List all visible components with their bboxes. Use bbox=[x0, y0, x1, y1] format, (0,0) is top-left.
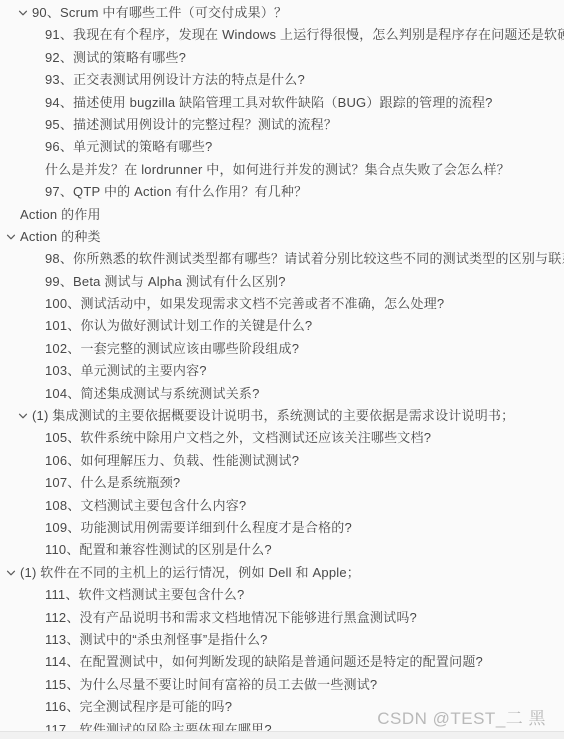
chevron-down-icon[interactable] bbox=[18, 405, 28, 427]
outline-item[interactable]: 102、一套完整的测试应该由哪些阶段组成? bbox=[0, 338, 564, 360]
outline-item[interactable]: 114、在配置测试中，如何判断发现的缺陷是普通问题还是特定的配置问题? bbox=[0, 651, 564, 673]
outline-item[interactable]: 115、为什么尽量不要让时间有富裕的员工去做一些测试? bbox=[0, 674, 564, 696]
outline-item[interactable]: 108、文档测试主要包含什么内容? bbox=[0, 495, 564, 517]
outline-item[interactable]: 103、单元测试的主要内容? bbox=[0, 360, 564, 382]
outline-item[interactable]: 92、测试的策略有哪些? bbox=[0, 47, 564, 69]
chevron-down-icon[interactable] bbox=[18, 2, 28, 24]
outline-item[interactable]: 99、Beta 测试与 Alpha 测试有什么区别? bbox=[0, 271, 564, 293]
outline-item-label: 104、简述集成测试与系统测试关系? bbox=[45, 386, 260, 401]
outline-item-label: 105、软件系统中除用户文档之外，文档测试还应该关注哪些文档? bbox=[45, 430, 431, 445]
outline-item-label: 97、QTP 中的 Action 有什么作用？有几种？ bbox=[45, 184, 307, 199]
outline-item[interactable]: 97、QTP 中的 Action 有什么作用？有几种？ bbox=[0, 181, 564, 203]
outline-item[interactable]: (1) 集成测试的主要依据概要设计说明书，系统测试的主要依据是需求设计说明书； bbox=[0, 405, 564, 427]
outline-item-label: 90、Scrum 中有哪些工件（可交付成果）？ bbox=[32, 5, 287, 20]
outline-item-label: 92、测试的策略有哪些? bbox=[45, 50, 186, 65]
outline-item-label: 91、我现在有个程序，发现在 Windows 上运行得很慢，怎么判别是程序存在问… bbox=[45, 27, 564, 42]
outline-item[interactable]: 101、你认为做好测试计划工作的关键是什么? bbox=[0, 315, 564, 337]
outline-item-label: (1) 集成测试的主要依据概要设计说明书，系统测试的主要依据是需求设计说明书； bbox=[32, 408, 514, 423]
outline-item[interactable]: 110、配置和兼容性测试的区别是什么? bbox=[0, 539, 564, 561]
outline-item[interactable]: 93、正交表测试用例设计方法的特点是什么? bbox=[0, 69, 564, 91]
outline-item-label: 94、描述使用 bugzilla 缺陷管理工具对软件缺陷（BUG）跟踪的管理的流… bbox=[45, 95, 493, 110]
outline-item[interactable]: Action 的作用 bbox=[0, 204, 564, 226]
outline-item[interactable]: 95、描述测试用例设计的完整过程？测试的流程？ bbox=[0, 114, 564, 136]
footer-strip bbox=[0, 732, 564, 739]
outline-item-label: 103、单元测试的主要内容? bbox=[45, 363, 207, 378]
outline-item-label: 96、单元测试的策略有哪些? bbox=[45, 139, 213, 154]
outline-item-label: 什么是并发？在 lordrunner 中，如何进行并发的测试？集合点失败了会怎么… bbox=[45, 162, 510, 177]
outline-item-label: 111、软件文档测试主要包含什么? bbox=[45, 587, 244, 602]
outline-item[interactable]: 98、你所熟悉的软件测试类型都有哪些？请试着分别比较这些不同的测试类型的区别与联… bbox=[0, 248, 564, 270]
outline-item[interactable]: 111、软件文档测试主要包含什么? bbox=[0, 584, 564, 606]
outline-item[interactable]: 96、单元测试的策略有哪些? bbox=[0, 136, 564, 158]
outline-item-label: Action 的作用 bbox=[20, 207, 101, 222]
document-outline-pane: 90、Scrum 中有哪些工件（可交付成果）？91、我现在有个程序，发现在 Wi… bbox=[0, 0, 564, 739]
outline-item[interactable]: 91、我现在有个程序，发现在 Windows 上运行得很慢，怎么判别是程序存在问… bbox=[0, 24, 564, 46]
outline-item[interactable]: 90、Scrum 中有哪些工件（可交付成果）？ bbox=[0, 2, 564, 24]
outline-item-label: 107、什么是系统瓶颈? bbox=[45, 475, 180, 490]
outline-item[interactable]: 112、没有产品说明书和需求文档地情况下能够进行黑盒测试吗? bbox=[0, 607, 564, 629]
outline-item[interactable]: 105、软件系统中除用户文档之外，文档测试还应该关注哪些文档? bbox=[0, 427, 564, 449]
outline-item[interactable]: (1) 软件在不同的主机上的运行情况，例如 Dell 和 Apple； bbox=[0, 562, 564, 584]
chevron-down-icon[interactable] bbox=[6, 562, 16, 584]
outline-list: 90、Scrum 中有哪些工件（可交付成果）？91、我现在有个程序，发现在 Wi… bbox=[0, 2, 564, 739]
outline-item[interactable]: Action 的种类 bbox=[0, 226, 564, 248]
outline-item-label: 98、你所熟悉的软件测试类型都有哪些？请试着分别比较这些不同的测试类型的区别与联… bbox=[45, 251, 564, 266]
outline-item[interactable]: 106、如何理解压力、负载、性能测试测试? bbox=[0, 450, 564, 472]
outline-item-label: 110、配置和兼容性测试的区别是什么? bbox=[45, 542, 272, 557]
outline-item-label: 113、测试中的“杀虫剂怪事”是指什么? bbox=[45, 632, 268, 647]
outline-item-label: 95、描述测试用例设计的完整过程？测试的流程？ bbox=[45, 117, 337, 132]
outline-item-label: (1) 软件在不同的主机上的运行情况，例如 Dell 和 Apple； bbox=[20, 565, 360, 580]
outline-item-label: 114、在配置测试中，如何判断发现的缺陷是普通问题还是特定的配置问题? bbox=[45, 654, 483, 669]
chevron-down-icon[interactable] bbox=[6, 226, 16, 248]
outline-item-label: 109、功能测试用例需要详细到什么程度才是合格的? bbox=[45, 520, 352, 535]
outline-item[interactable]: 109、功能测试用例需要详细到什么程度才是合格的? bbox=[0, 517, 564, 539]
outline-item-label: 101、你认为做好测试计划工作的关键是什么? bbox=[45, 318, 312, 333]
outline-item-label: 115、为什么尽量不要让时间有富裕的员工去做一些测试? bbox=[45, 677, 377, 692]
outline-item[interactable]: 113、测试中的“杀虫剂怪事”是指什么? bbox=[0, 629, 564, 651]
outline-item-label: 106、如何理解压力、负载、性能测试测试? bbox=[45, 453, 299, 468]
watermark: CSDN @TEST_二 黑 bbox=[377, 704, 546, 729]
outline-item[interactable]: 107、什么是系统瓶颈? bbox=[0, 472, 564, 494]
outline-item-label: 112、没有产品说明书和需求文档地情况下能够进行黑盒测试吗? bbox=[45, 610, 417, 625]
outline-item-label: 99、Beta 测试与 Alpha 测试有什么区别? bbox=[45, 274, 286, 289]
outline-item-label: 100、测试活动中，如果发现需求文档不完善或者不准确，怎么处理? bbox=[45, 296, 444, 311]
outline-item-label: 93、正交表测试用例设计方法的特点是什么? bbox=[45, 72, 305, 87]
outline-item-label: 116、完全测试程序是可能的吗? bbox=[45, 699, 232, 714]
outline-item[interactable]: 94、描述使用 bugzilla 缺陷管理工具对软件缺陷（BUG）跟踪的管理的流… bbox=[0, 92, 564, 114]
outline-item-label: 108、文档测试主要包含什么内容? bbox=[45, 498, 246, 513]
outline-item-label: 102、一套完整的测试应该由哪些阶段组成? bbox=[45, 341, 299, 356]
outline-item[interactable]: 104、简述集成测试与系统测试关系? bbox=[0, 383, 564, 405]
outline-item-label: Action 的种类 bbox=[20, 229, 101, 244]
outline-item[interactable]: 100、测试活动中，如果发现需求文档不完善或者不准确，怎么处理? bbox=[0, 293, 564, 315]
outline-item[interactable]: 什么是并发？在 lordrunner 中，如何进行并发的测试？集合点失败了会怎么… bbox=[0, 159, 564, 181]
